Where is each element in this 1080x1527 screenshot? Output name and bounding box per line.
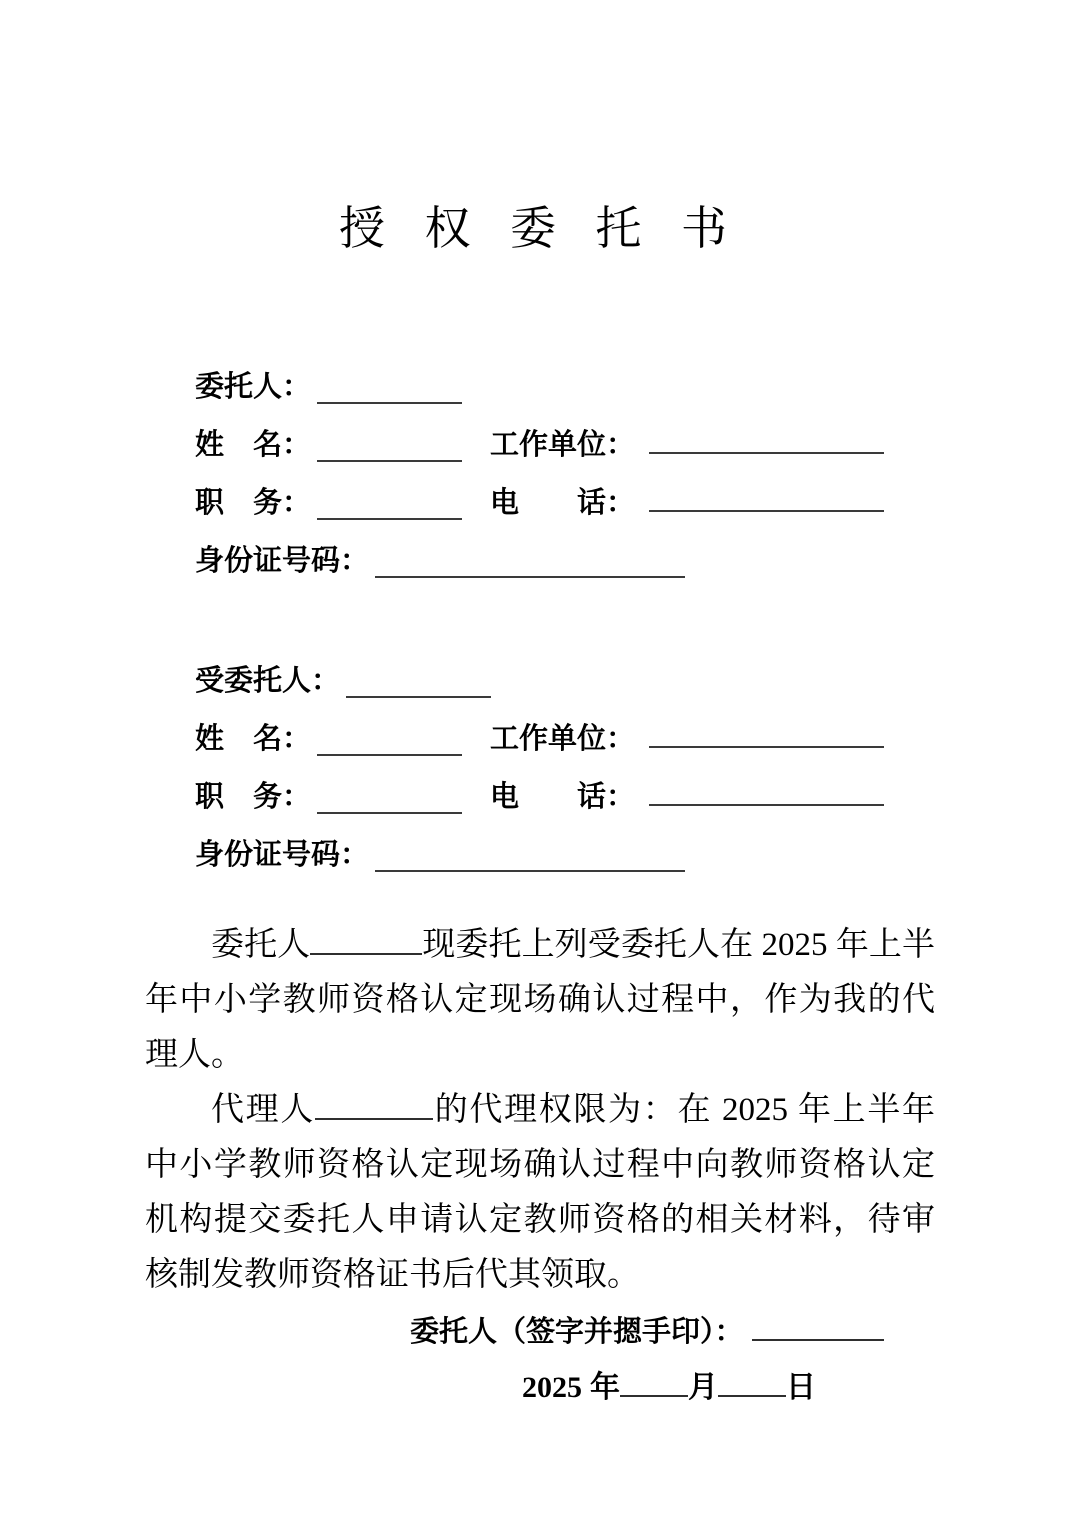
paragraph1-prefix: 委托人 bbox=[211, 927, 310, 963]
date-month-unit: 月 bbox=[688, 1371, 718, 1404]
principal-id-blank bbox=[375, 548, 685, 578]
date-month-blank bbox=[620, 1393, 688, 1397]
agent-section: 受委托人： 姓 名： 工作单位： 职 务： 电 话： 身份证号码 bbox=[0, 640, 1080, 872]
signature-row: 委托人（签字并摁手印）： bbox=[0, 1305, 1080, 1360]
agent-heading-label: 受委托人： bbox=[195, 664, 340, 698]
agent-position-row: 职 务： 电 话： bbox=[195, 756, 1080, 814]
date-row: 2025年月日 bbox=[0, 1364, 1080, 1412]
date-day-blank bbox=[718, 1393, 786, 1397]
agent-heading-blank bbox=[346, 668, 491, 698]
principal-heading-blank bbox=[317, 374, 462, 404]
agent-work-unit-label: 工作单位： bbox=[490, 722, 635, 756]
agent-name-blank bbox=[317, 726, 462, 756]
body-text: 委托人现委托上列受委托人在 2025 年上半年中小学教师资格认定现场确认过程中，… bbox=[0, 918, 1080, 1303]
principal-name-label: 姓 名： bbox=[195, 428, 311, 462]
agent-position-label: 职 务： bbox=[195, 780, 311, 814]
agent-name-row: 姓 名： 工作单位： bbox=[195, 698, 1080, 756]
agent-work-unit-blank bbox=[649, 718, 884, 748]
principal-name-blank bbox=[317, 432, 462, 462]
agent-phone-label: 电 话： bbox=[490, 780, 635, 814]
document-title: 授 权 委 托 书 bbox=[0, 192, 1080, 258]
principal-id-row: 身份证号码： bbox=[195, 520, 1080, 578]
agent-phone-blank bbox=[649, 776, 884, 806]
signature-blank bbox=[752, 1337, 884, 1341]
principal-work-unit-blank bbox=[649, 424, 884, 454]
body-paragraph-1: 委托人现委托上列受委托人在 2025 年上半年中小学教师资格认定现场确认过程中，… bbox=[145, 918, 935, 1083]
principal-work-unit-label: 工作单位： bbox=[490, 428, 635, 462]
principal-heading-row: 委托人： bbox=[195, 346, 1080, 404]
agent-name-label: 姓 名： bbox=[195, 722, 311, 756]
signature-label: 委托人（签字并摁手印）： bbox=[410, 1316, 744, 1348]
principal-position-row: 职 务： 电 话： bbox=[195, 462, 1080, 520]
principal-position-blank bbox=[317, 490, 462, 520]
authorization-document-page: 授 权 委 托 书 委托人： 姓 名： 工作单位： 职 务： 电 话： bbox=[0, 0, 1080, 1527]
date-day-unit: 日 bbox=[786, 1371, 816, 1404]
agent-id-label: 身份证号码： bbox=[195, 838, 369, 872]
principal-phone-blank bbox=[649, 482, 884, 512]
principal-name-row: 姓 名： 工作单位： bbox=[195, 404, 1080, 462]
principal-id-label: 身份证号码： bbox=[195, 544, 369, 578]
principal-phone-label: 电 话： bbox=[490, 486, 635, 520]
date-year: 2025 bbox=[522, 1371, 582, 1404]
agent-heading-row: 受委托人： bbox=[195, 640, 1080, 698]
paragraph1-blank bbox=[310, 951, 422, 955]
paragraph2-prefix: 代理人 bbox=[211, 1092, 315, 1128]
principal-heading-label: 委托人： bbox=[195, 370, 311, 404]
agent-id-row: 身份证号码： bbox=[195, 814, 1080, 872]
date-year-unit: 年 bbox=[590, 1371, 620, 1404]
agent-position-blank bbox=[317, 784, 462, 814]
agent-id-blank bbox=[375, 842, 685, 872]
principal-section: 委托人： 姓 名： 工作单位： 职 务： 电 话： 身份证号码： bbox=[0, 346, 1080, 578]
paragraph2-blank bbox=[315, 1116, 433, 1120]
principal-position-label: 职 务： bbox=[195, 486, 311, 520]
body-paragraph-2: 代理人的代理权限为：在 2025 年上半年中小学教师资格认定现场确认过程中向教师… bbox=[145, 1083, 935, 1303]
